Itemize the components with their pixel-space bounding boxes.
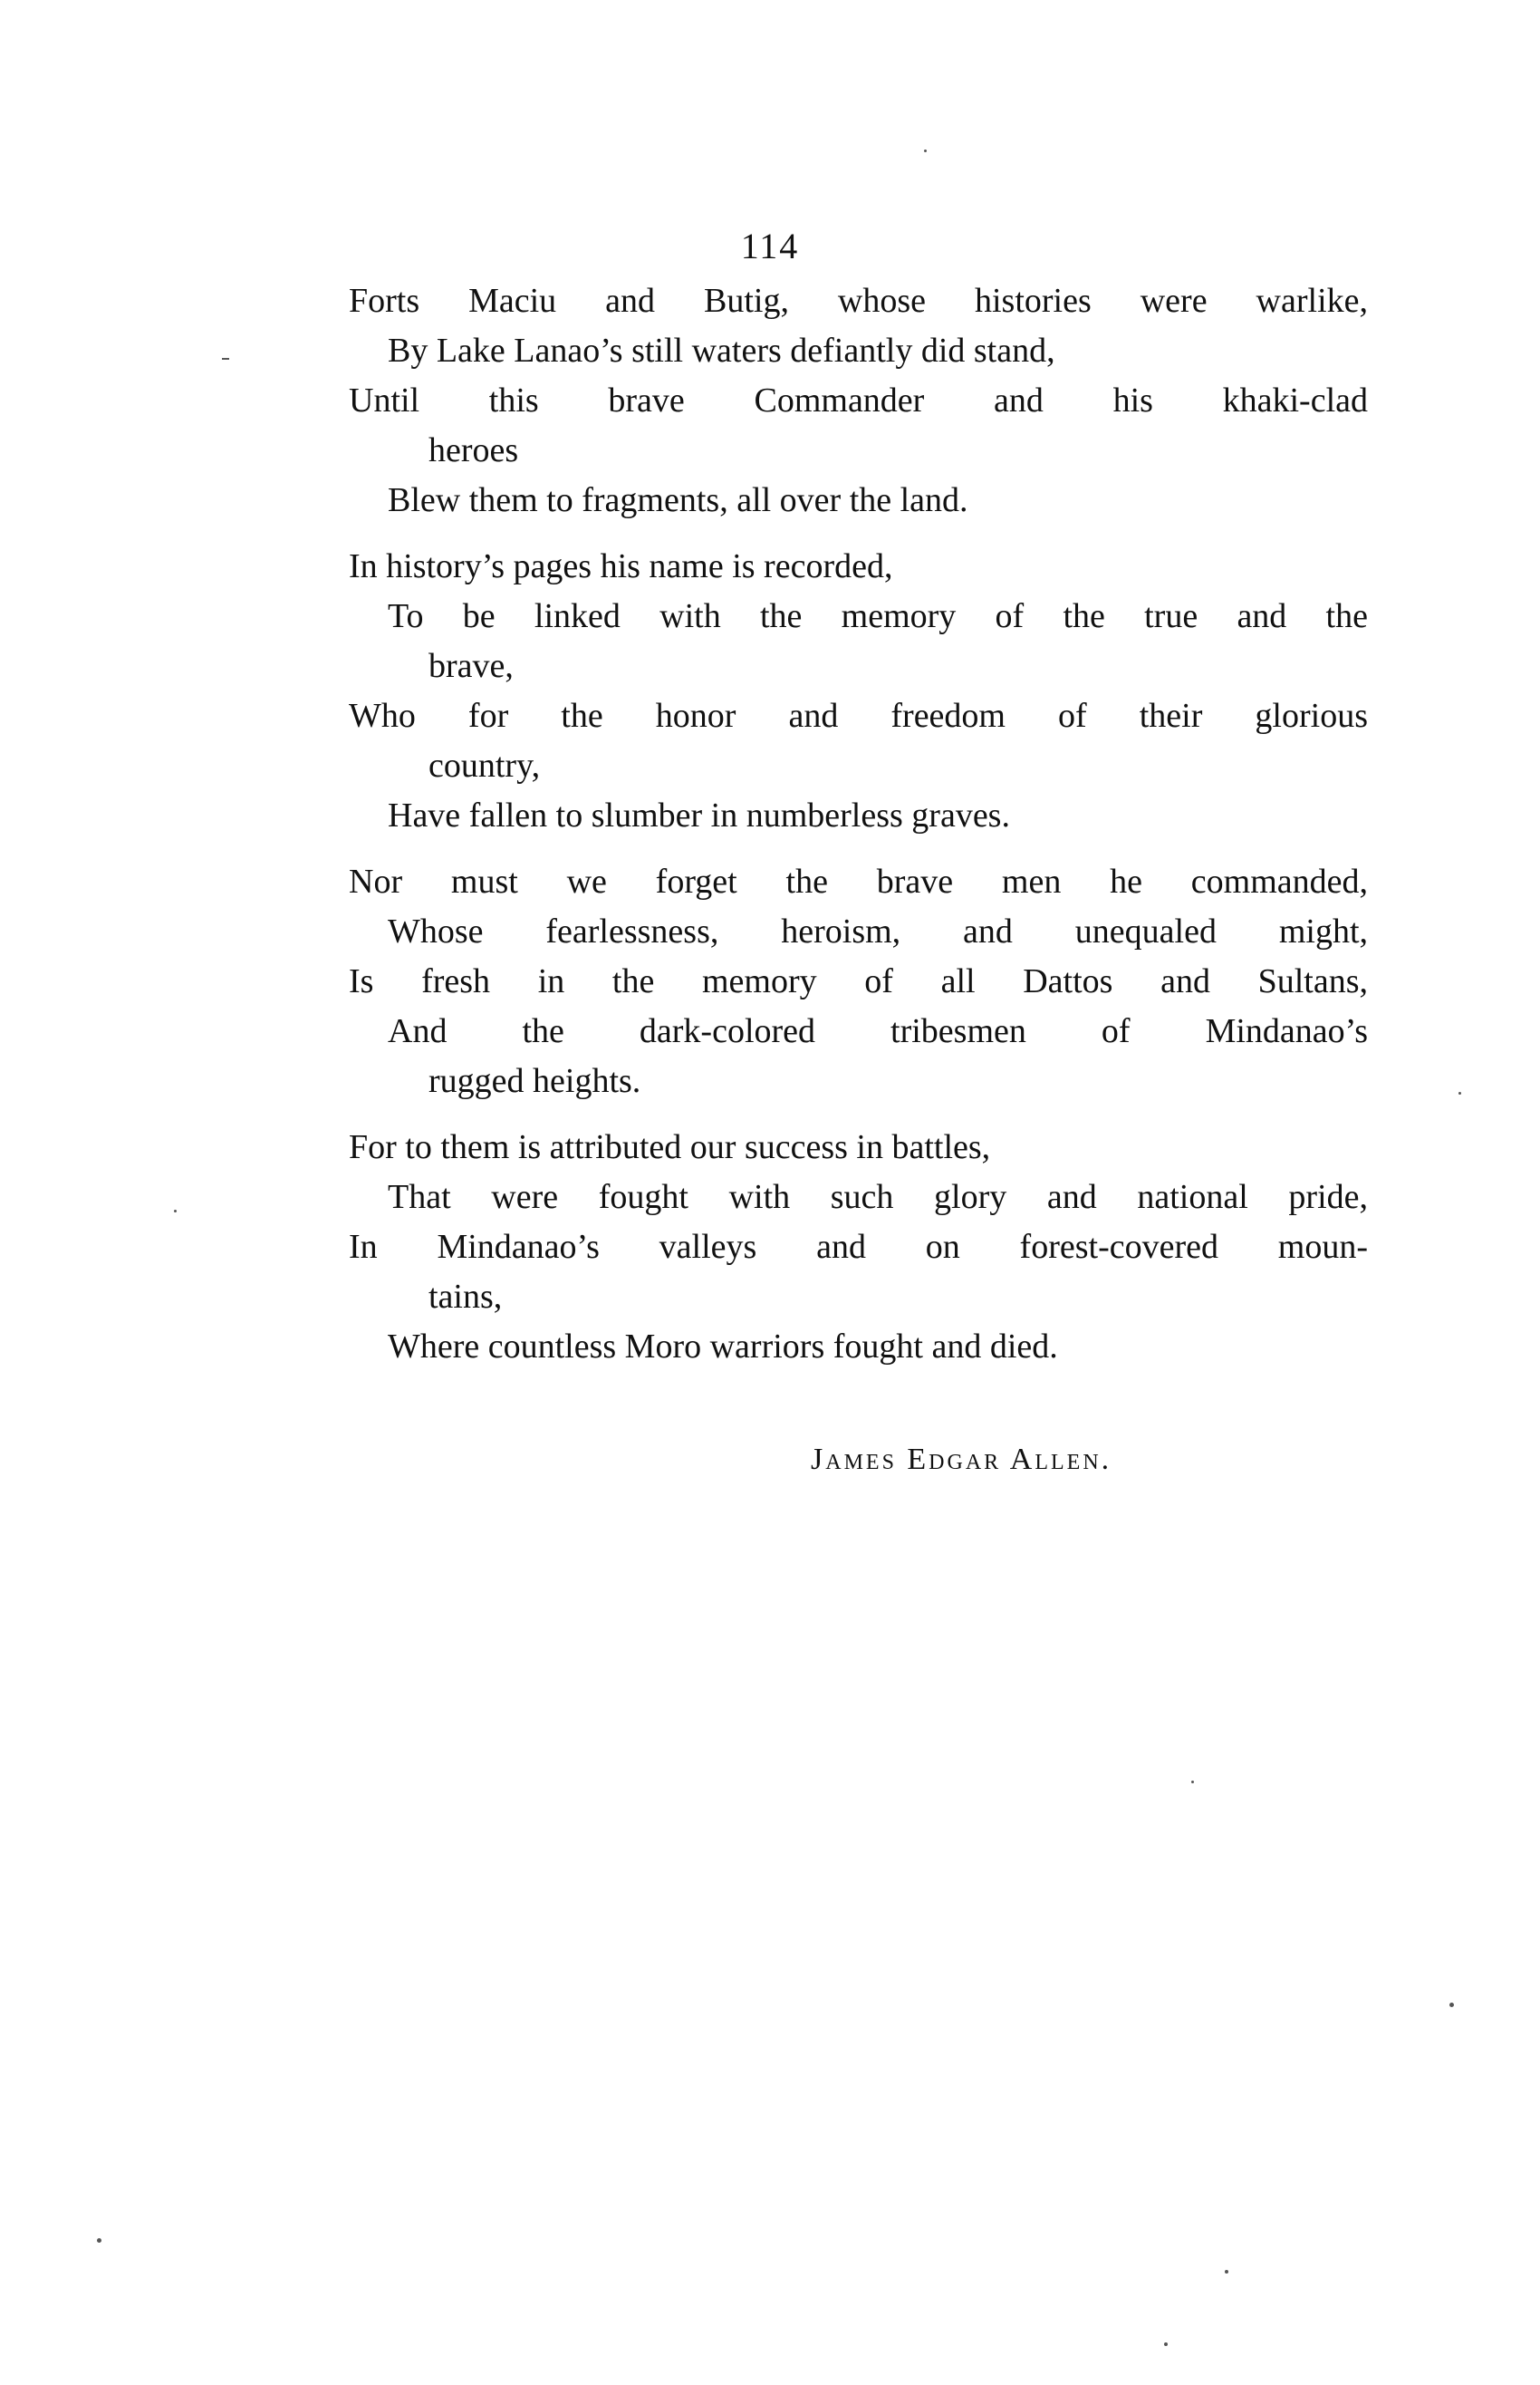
scan-speck [174,1210,177,1212]
poem-line: And the dark-colored tribesmen of Mindan… [349,1007,1368,1057]
scan-speck [1458,1092,1461,1095]
poem-line: To be linked with the memory of the true… [349,592,1368,642]
page-number: 114 [0,225,1540,267]
poem-line: Nor must we forget the brave men he comm… [349,857,1368,907]
poem-line: In history’s pages his name is recorded, [349,542,1368,592]
poem-line: In Mindanao’s valleys and on forest-cove… [349,1222,1368,1272]
scan-speck [1191,1781,1194,1783]
scan-speck [1164,2342,1168,2346]
scan-speck [1449,2003,1454,2007]
poem-line-continuation: rugged heights. [349,1057,1368,1106]
poem: Forts Maciu and Butig, whose histories w… [349,276,1368,1388]
scan-speck [1225,2270,1228,2274]
poem-line: Is fresh in the memory of all Dattos and… [349,957,1368,1007]
poem-line: By Lake Lanao’s still waters defiantly d… [349,326,1368,376]
scan-speck [97,2238,101,2243]
scan-speck [924,150,927,152]
author-signature: James Edgar Allen. [811,1443,1112,1477]
poem-line: For to them is attributed our success in… [349,1123,1368,1173]
poem-line-continuation: brave, [349,642,1368,691]
poem-line: That were fought with such glory and nat… [349,1173,1368,1222]
scan-speck [222,358,229,360]
poem-line: Who for the honor and freedom of their g… [349,691,1368,741]
poem-line-continuation: country, [349,741,1368,791]
poem-line-continuation: heroes [349,426,1368,476]
stanza-3: Nor must we forget the brave men he comm… [349,857,1368,1106]
stanza-4: For to them is attributed our success in… [349,1123,1368,1372]
poem-line: Have fallen to slumber in numberless gra… [349,791,1368,841]
stanza-2: In history’s pages his name is recorded,… [349,542,1368,841]
poem-line: Forts Maciu and Butig, whose histories w… [349,276,1368,326]
poem-line: Blew them to fragments, all over the lan… [349,476,1368,526]
poem-line-continuation: tains, [349,1272,1368,1322]
poem-line: Until this brave Commander and his khaki… [349,376,1368,426]
poem-line: Where countless Moro warriors fought and… [349,1322,1368,1372]
stanza-1: Forts Maciu and Butig, whose histories w… [349,276,1368,526]
poem-line: Whose fearlessness, heroism, and unequal… [349,907,1368,957]
